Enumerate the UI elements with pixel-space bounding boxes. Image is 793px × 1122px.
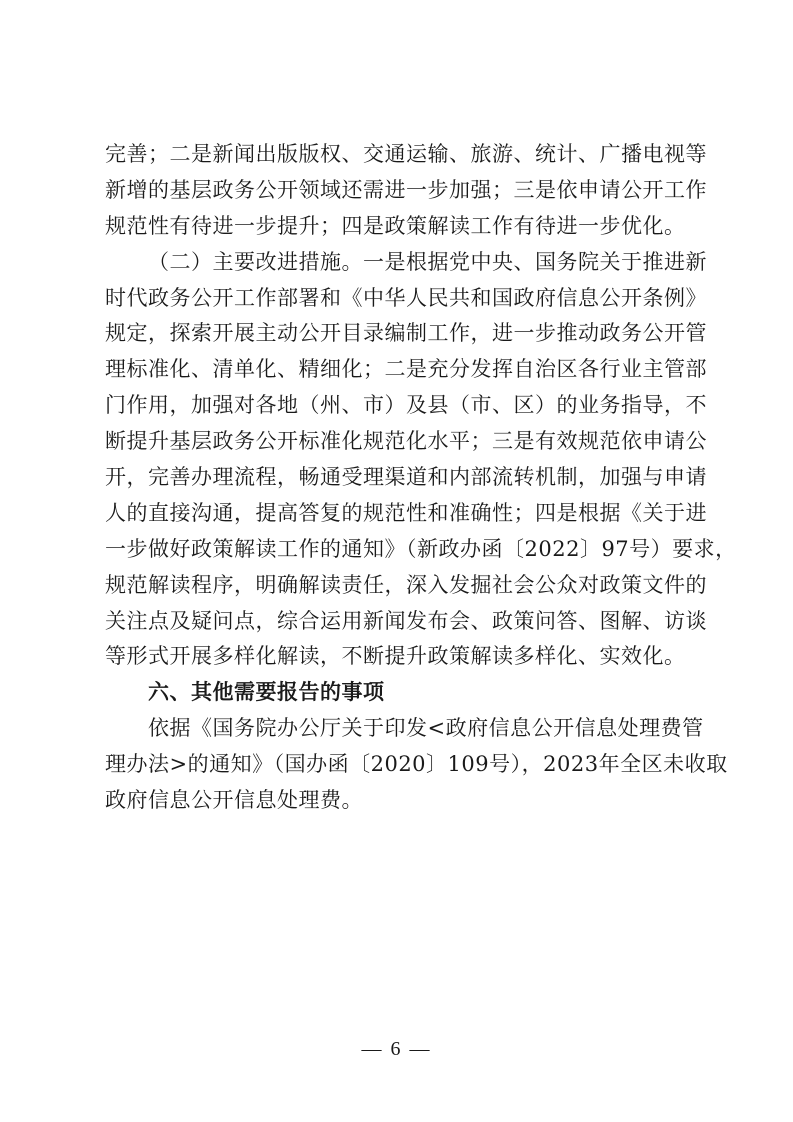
text-line: 依据《国务院办公厅关于印发<政府信息公开信息处理费管 <box>105 711 689 747</box>
text-line: 规范解读程序，明确解读责任，深入发掘社会公众对政策文件的 <box>105 568 689 604</box>
text-span: 一是根据党中央、国务院关于推进新 <box>363 250 707 274</box>
improvement-measures-first-line: （二）主要改进措施。一是根据党中央、国务院关于推进新 <box>105 245 689 281</box>
text-line: 完善；二是新闻出版版权、交通运输、旅游、统计、广播电视等 <box>105 137 689 173</box>
text-line: 门作用，加强对各地（州、市）及县（市、区）的业务指导，不 <box>105 388 689 424</box>
text-line: 政府信息公开信息处理费。 <box>105 783 689 819</box>
text-line: 理标准化、清单化、精细化；二是充分发挥自治区各行业主管部 <box>105 352 689 388</box>
text-line: 时代政务公开工作部署和《中华人民共和国政府信息公开条例》 <box>105 281 689 317</box>
text-line: 断提升基层政务公开标准化规范化水平；三是有效规范依申请公 <box>105 424 689 460</box>
text-line: 规定，探索开展主动公开目录编制工作，进一步推动政务公开管 <box>105 316 689 352</box>
document-page: 完善；二是新闻出版版权、交通运输、旅游、统计、广播电视等 新增的基层政务公开领域… <box>0 0 793 1122</box>
subsection-lead: （二）主要改进措施。 <box>148 250 363 274</box>
text-line: 一步做好政策解读工作的通知》（新政办函〔2022〕97号）要求， <box>105 532 689 568</box>
text-line: 关注点及疑问点，综合运用新闻发布会、政策问答、图解、访谈 <box>105 604 689 640</box>
document-body: 完善；二是新闻出版版权、交通运输、旅游、统计、广播电视等 新增的基层政务公开领域… <box>105 137 689 819</box>
text-line: 人的直接沟通，提高答复的规范性和准确性；四是根据《关于进 <box>105 496 689 532</box>
text-line: 等形式开展多样化解读，不断提升政策解读多样化、实效化。 <box>105 639 689 675</box>
text-line: 理办法>的通知》（国办函〔2020〕109号），2023年全区未收取 <box>105 747 689 783</box>
text-line: 规范性有待进一步提升；四是政策解读工作有待进一步优化。 <box>105 209 689 245</box>
text-line: 开，完善办理流程，畅通受理渠道和内部流转机制，加强与申请 <box>105 460 689 496</box>
page-number: — 6 — <box>0 1038 793 1061</box>
text-line: 新增的基层政务公开领域还需进一步加强；三是依申请公开工作 <box>105 173 689 209</box>
section-heading: 六、其他需要报告的事项 <box>105 675 689 711</box>
